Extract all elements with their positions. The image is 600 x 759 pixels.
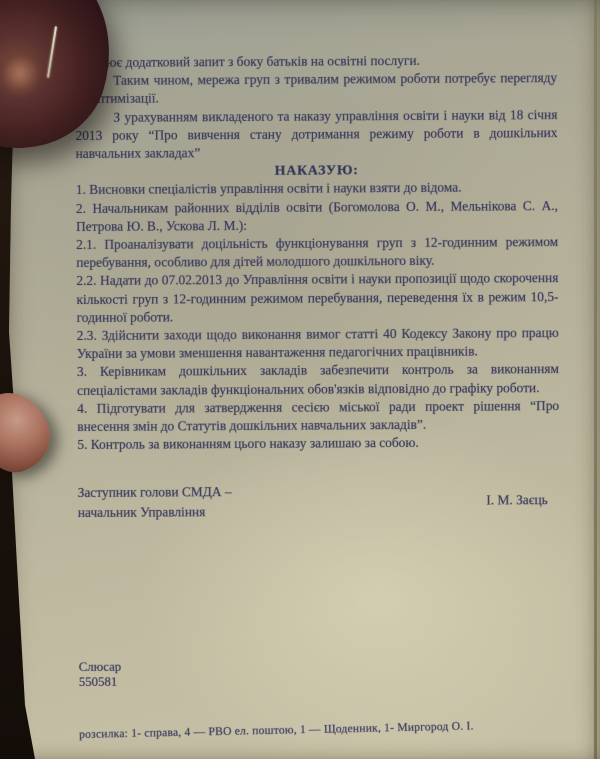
order-item-2-2: 2.2. Надати до 07.02.2013 до Управління … bbox=[76, 269, 558, 327]
intro-paragraph: Таким чином, мережа груп з тривалим режи… bbox=[75, 69, 557, 108]
order-item-4: 4. Підготувати для затвердження сесією м… bbox=[77, 397, 559, 436]
order-item-3: 3. Керівникам дошкільних закладів забезп… bbox=[77, 361, 559, 400]
order-item-2-1: 2.1. Проаналізувати доцільність функціон… bbox=[76, 233, 558, 272]
signature-block: Заступник голови СМДА – начальник Управл… bbox=[78, 481, 560, 524]
signature-name: І. М. Заєць bbox=[486, 491, 560, 511]
distribution-note: розсилка: 1- справа, 4 — РВО ел. поштою,… bbox=[79, 716, 561, 745]
executor-phone: 550581 bbox=[79, 673, 561, 691]
intro-paragraph: З урахуванням викладеного та наказу упра… bbox=[75, 106, 557, 164]
order-item-2: 2. Начальникам районних відділів освіти … bbox=[76, 197, 558, 236]
document-text: створює додатковий запит з боку батьків … bbox=[75, 51, 561, 745]
order-item-5: 5. Контроль за виконанням цього наказу з… bbox=[77, 433, 559, 454]
signature-position-line2: начальник Управління bbox=[78, 503, 232, 524]
signature-position: Заступник голови СМДА – начальник Управл… bbox=[78, 483, 232, 524]
paper-right-edge bbox=[594, 0, 597, 759]
thumb-highlight bbox=[0, 52, 43, 100]
order-item-2-3: 2.3. Здійснити заходи щодо виконання вим… bbox=[77, 324, 559, 363]
signature-position-line1: Заступник голови СМДА – bbox=[78, 483, 232, 504]
executor-block: Слюсар 550581 bbox=[79, 658, 561, 691]
photo-scene: створює додатковий запит з боку батьків … bbox=[0, 0, 600, 759]
